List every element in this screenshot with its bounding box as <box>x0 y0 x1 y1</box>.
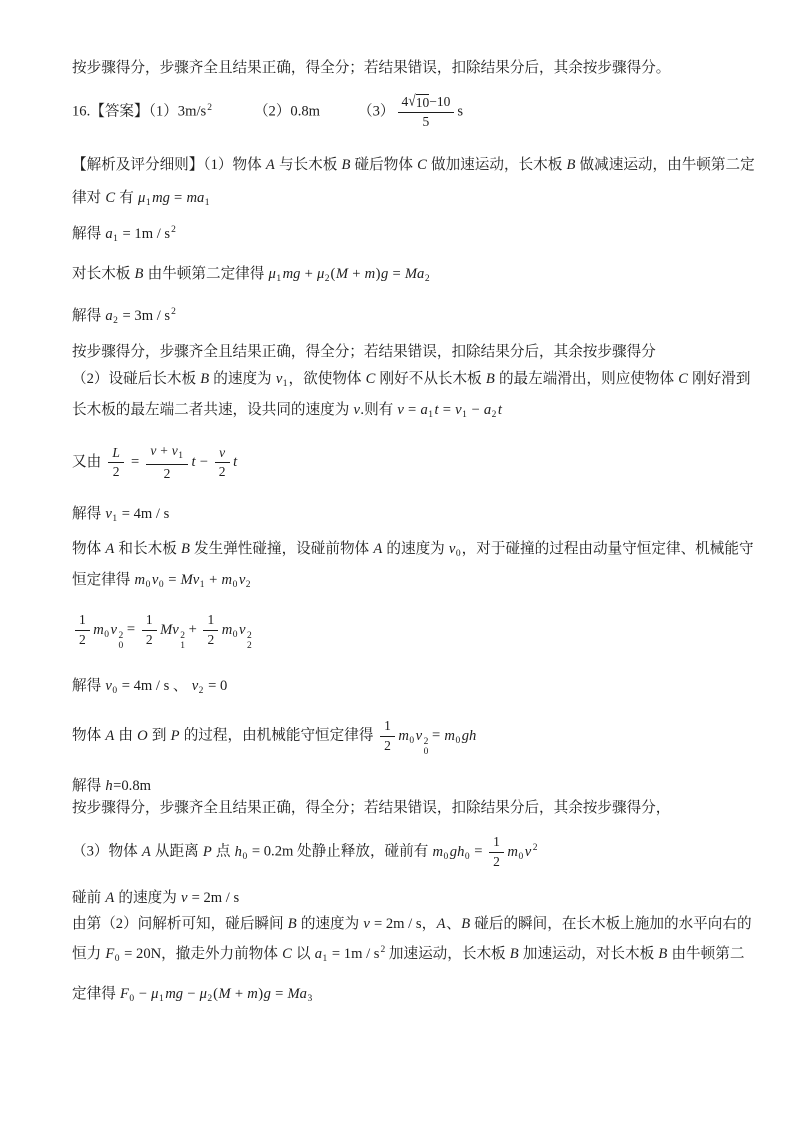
text-run: 刚好不从长木板 <box>376 371 485 387</box>
fraction: 4√10−105 <box>398 94 455 131</box>
text-run: 按步骤得分，步骤齐全且结果正确，得全分；若结果错误，扣除结果分后，其余按步骤得分… <box>72 800 670 816</box>
text-run: = <box>471 844 487 860</box>
collision-text-line: 物体 A 和长木板 B 发生弹性碰撞，设碰前物体 A 的速度为 v0，对于碰撞的… <box>72 539 754 562</box>
math-variable: a <box>105 308 113 324</box>
text-run: −10 <box>429 94 450 109</box>
text-run: + <box>301 266 317 282</box>
text-run: = 0.2m 处静止释放，碰前有 <box>248 844 432 860</box>
math-variable: C <box>365 371 376 387</box>
math-variable: M <box>335 266 348 282</box>
math-variable: v <box>219 445 226 460</box>
text-run: 解得 <box>72 308 105 324</box>
math-variable: A <box>265 157 275 173</box>
text-run: 的过程，由机械能守恒定律得 <box>180 728 377 744</box>
subscript: 1 <box>178 451 184 461</box>
math-variable: B <box>200 371 210 387</box>
text-run: ) <box>376 266 381 282</box>
math-variable: B <box>658 946 668 962</box>
text-run: 解得 <box>72 678 105 694</box>
text-run: 按步骤得分，步骤齐全且结果正确，得全分；若结果错误，扣除结果分后，其余按步骤得分… <box>72 60 670 76</box>
text-run: + <box>349 266 365 282</box>
text-run: 2 <box>384 738 391 753</box>
text-run: = <box>428 728 444 744</box>
math-variable: h <box>105 778 113 794</box>
text-run: 长木板的最左端二者共速，设共同的速度为 <box>72 402 353 418</box>
answer-summary-line: 16.【答案】（1）3m/s2（2）0.8m（3）4√10−105s <box>72 94 463 131</box>
math-variable: m <box>221 622 233 638</box>
text-run: 1 <box>207 612 214 627</box>
subscript: 2 <box>247 642 252 652</box>
text-run: = 2m / s <box>188 890 239 906</box>
text-run: 的速度为 <box>115 890 181 906</box>
text-run: 1 <box>79 612 86 627</box>
numerator: 1 <box>489 834 504 853</box>
math-variable: v <box>110 622 117 638</box>
text-run: （3） <box>358 104 395 120</box>
text-run: s <box>457 104 463 120</box>
math-variable: gh <box>461 728 477 744</box>
text-run: = <box>271 986 287 1002</box>
part3-text-line: 由第（2）问解析可知，碰后瞬间 B 的速度为 v = 2m / s，A、B 碰后… <box>72 914 752 935</box>
subscript: 3 <box>307 994 313 1004</box>
text-run: 由 <box>115 728 137 744</box>
text-run: 按步骤得分，步骤齐全且结果正确，得全分；若结果错误，扣除结果分后，其余按步骤得分 <box>72 344 656 360</box>
part2-text-line: （2）设碰后长木板 B 的速度为 v1，欲使物体 C 刚好不从长木板 B 的最左… <box>72 369 751 392</box>
grading-note-line: 按步骤得分，步骤齐全且结果正确，得全分；若结果错误，扣除结果分后，其余按步骤得分… <box>72 58 670 79</box>
numerator: 1 <box>380 718 395 737</box>
subscript: 0 <box>233 630 239 640</box>
text-run: − <box>135 986 151 1002</box>
text-run: （2）0.8m <box>254 104 320 120</box>
subscript: 0 <box>119 642 124 652</box>
text-run: （3）物体 <box>72 844 141 860</box>
radicand: 10 <box>416 94 430 111</box>
text-run: 16.【答案】（1）3m/s <box>72 104 206 120</box>
text-run: 定律得 <box>72 986 119 1002</box>
math-variable: ma <box>186 190 205 206</box>
text-run: + <box>185 622 201 638</box>
text-run: 做加速运动，长木板 <box>427 157 566 173</box>
text-run: 的速度为 <box>383 541 449 557</box>
math-variable: C <box>678 371 689 387</box>
numerator: 4√10−10 <box>398 94 455 113</box>
denominator: 2 <box>75 631 90 649</box>
subscript: 2 <box>246 580 252 590</box>
text-run: 点 <box>212 844 234 860</box>
text-run: 恒力 <box>72 946 105 962</box>
math-variable: A <box>141 844 151 860</box>
text-run: 、 <box>446 916 461 932</box>
math-variable: M <box>218 986 231 1002</box>
energy-equation-line: 12m0v20 = 12Mv21 + 12m0v22 <box>72 612 252 652</box>
text-run: = 3m / s <box>119 308 170 324</box>
text-run: ，欲使物体 <box>289 371 366 387</box>
text-run: 由第（2）问解析可知，碰后瞬间 <box>72 916 287 932</box>
text-run: ，对于碰撞的过程由动量守恒定律、机械能守 <box>462 541 754 557</box>
part3-text-line: （3）物体 A 从距离 P 点 h0 = 0.2m 处静止释放，碰前有 m0gh… <box>72 834 537 871</box>
pre-collision-speed-line: 碰前 A 的速度为 v = 2m / s <box>72 888 239 909</box>
subscript: 1 <box>205 198 211 208</box>
math-variable: mg <box>152 190 171 206</box>
text-run: .则有 <box>360 402 397 418</box>
subscript: 1 <box>159 994 165 1004</box>
text-run: =0.8m <box>113 778 151 794</box>
math-variable: F <box>119 986 129 1002</box>
text-run: 2 <box>79 632 86 647</box>
radical-sign-icon: √ <box>408 91 415 110</box>
math-variable: v <box>448 541 455 557</box>
text-run: 解得 <box>72 226 105 242</box>
solution-a2-line: 解得 a2 = 3m / s2 <box>72 306 176 329</box>
text-run: 碰后物体 <box>351 157 417 173</box>
fraction: 12 <box>75 612 90 649</box>
fraction: v + v12 <box>146 443 188 483</box>
math-variable: t <box>233 454 238 470</box>
text-run: 2 <box>113 464 120 479</box>
math-variable: B <box>485 371 495 387</box>
text-run: = 2m / s， <box>370 916 436 932</box>
grading-note-line: 按步骤得分，步骤齐全且结果正确，得全分；若结果错误，扣除结果分后，其余按步骤得分… <box>72 798 670 819</box>
momentum-equation-line: 恒定律得 m0v0 = Mv1 + m0v2 <box>72 570 252 593</box>
equation-line: 律对 C 有 μ1mg = ma1 <box>72 188 211 211</box>
text-run: = 20N，撤走外力前物体 <box>121 946 282 962</box>
text-run: 物体 <box>72 541 105 557</box>
math-variable: mg <box>282 266 301 282</box>
text-run: 又由 <box>72 454 105 470</box>
math-variable: O <box>137 728 149 744</box>
mech-energy-line: 物体 A 由 O 到 P 的过程，由机械能守恒定律得 12m0v20 = m0g… <box>72 718 477 758</box>
math-variable: A <box>105 728 115 744</box>
text-run: = 1m / s <box>119 226 170 242</box>
text-run: = <box>165 572 181 588</box>
text-run: 碰后的瞬间，在长木板上施加的水平向右的 <box>471 916 752 932</box>
text-run: 【解析及评分细则】（1）物体 <box>72 157 265 173</box>
fraction: 12 <box>489 834 504 871</box>
subscript: 2 <box>425 274 431 284</box>
math-variable: v <box>180 890 187 906</box>
math-variable: a <box>483 402 491 418</box>
subscript: 1 <box>146 198 152 208</box>
math-variable: gh <box>449 844 465 860</box>
text-run: 由牛顿第二定律得 <box>144 266 268 282</box>
math-variable: m <box>134 572 146 588</box>
math-variable: B <box>509 946 519 962</box>
math-variable: B <box>287 916 297 932</box>
text-run: 2 <box>146 632 153 647</box>
denominator: 2 <box>146 465 188 483</box>
math-variable: B <box>341 157 351 173</box>
numerator: L <box>108 445 125 464</box>
fraction: 12 <box>380 718 395 755</box>
text-run: 解得 <box>72 778 105 794</box>
text-run: 2 <box>493 854 500 869</box>
text-run: + <box>157 443 171 458</box>
denominator: 2 <box>215 463 230 481</box>
math-variable: C <box>282 946 293 962</box>
math-variable: m <box>444 728 456 744</box>
fraction: v2 <box>215 445 230 482</box>
math-variable: B <box>566 157 576 173</box>
math-variable: Mv <box>160 622 180 638</box>
text-run: 以 <box>292 946 314 962</box>
text-run: 2 <box>164 466 171 481</box>
math-variable: m <box>432 844 444 860</box>
math-variable: Ma <box>404 266 424 282</box>
math-variable: C <box>417 157 428 173</box>
math-variable: P <box>202 844 212 860</box>
subscript: 1 <box>180 642 185 652</box>
equation-fraction-line: 又由 L2 = v + v12t − v2t <box>72 443 238 483</box>
fraction: L2 <box>108 445 125 482</box>
text-run: 做减速运动，由牛顿第二定 <box>576 157 755 173</box>
sub-superscript: 22 <box>247 632 252 652</box>
math-variable: B <box>180 541 190 557</box>
text-run: − <box>468 402 484 418</box>
math-variable: m <box>364 266 376 282</box>
denominator: 2 <box>108 463 125 481</box>
numerator: v <box>215 445 230 464</box>
math-variable: A <box>436 916 446 932</box>
text-run: 1 <box>493 834 500 849</box>
text-run: 的最左端滑出，则应使物体 <box>495 371 677 387</box>
solution-v0-line: 解得 v0 = 4m / s 、 v2 = 0 <box>72 676 227 699</box>
text-run: 发生弹性碰撞，设碰前物体 <box>190 541 372 557</box>
superscript: 2 <box>170 307 176 317</box>
math-variable: C <box>105 190 116 206</box>
math-variable: L <box>112 445 121 460</box>
math-variable: P <box>170 728 180 744</box>
math-variable: A <box>105 890 115 906</box>
denominator: 2 <box>142 631 157 649</box>
part3-text-line: 恒力 F0 = 20N，撤走外力前物体 C 以 a1 = 1m / s2 加速运… <box>72 944 744 967</box>
text-run: 2 <box>207 632 214 647</box>
text-run: 碰前 <box>72 890 105 906</box>
text-run: = <box>170 190 186 206</box>
solution-h-line: 解得 h=0.8m <box>72 776 151 797</box>
math-variable: v <box>524 844 531 860</box>
grading-note-line: 按步骤得分，步骤齐全且结果正确，得全分；若结果错误，扣除结果分后，其余按步骤得分 <box>72 342 656 363</box>
numerator: 1 <box>142 612 157 631</box>
solution-a1-line: 解得 a1 = 1m / s2 <box>72 224 176 247</box>
math-variable: v <box>455 402 462 418</box>
text-run: 1 <box>384 718 391 733</box>
math-variable: m <box>221 572 233 588</box>
text-run: 5 <box>423 114 430 129</box>
text-run: + <box>231 986 247 1002</box>
superscript: 2 <box>170 225 176 235</box>
text-run: 恒定律得 <box>72 572 134 588</box>
text-run: + <box>205 572 221 588</box>
text-run: 到 <box>148 728 170 744</box>
math-variable: g <box>381 266 389 282</box>
denominator: 2 <box>203 631 218 649</box>
document-page: 按步骤得分，步骤齐全且结果正确，得全分；若结果错误，扣除结果分后，其余按步骤得分… <box>0 0 800 1131</box>
math-variable: m <box>247 986 259 1002</box>
text-run: = <box>439 402 455 418</box>
text-run: 刚好滑到 <box>688 371 750 387</box>
solution-v1-line: 解得 v1 = 4m / s <box>72 504 169 527</box>
text-run: 从距离 <box>151 844 202 860</box>
math-variable: A <box>105 541 115 557</box>
text-run: = <box>404 402 420 418</box>
math-variable: a <box>105 226 113 242</box>
denominator: 2 <box>380 737 395 755</box>
text-run: = <box>389 266 405 282</box>
text-run: 律对 <box>72 190 105 206</box>
text-run: 的速度为 <box>210 371 276 387</box>
numerator: 1 <box>203 612 218 631</box>
text-run: 的速度为 <box>297 916 363 932</box>
text-run: − <box>196 454 212 470</box>
math-variable: v <box>151 572 158 588</box>
math-variable: F <box>105 946 115 962</box>
math-variable: μ <box>151 986 159 1002</box>
math-variable: a <box>420 402 428 418</box>
text-run: = 4m / s 、 <box>118 678 191 694</box>
text-run: 解得 <box>72 506 105 522</box>
math-variable: m <box>398 728 410 744</box>
text-run: 2 <box>219 464 226 479</box>
fraction: 12 <box>142 612 157 649</box>
text-run: 加速运动，对长木板 <box>519 946 658 962</box>
text-run: 加速运动，长木板 <box>385 946 509 962</box>
text-run: = 4m / s <box>118 506 169 522</box>
math-variable: v <box>275 371 282 387</box>
math-variable: mg <box>165 986 184 1002</box>
text-run: = 1m / s <box>328 946 379 962</box>
text-run: = 0 <box>204 678 227 694</box>
equation-line: 对长木板 B 由牛顿第二定律得 μ1mg + μ2(M + m)g = Ma2 <box>72 264 431 287</box>
numerator: v + v1 <box>146 443 188 465</box>
final-equation-line: 定律得 F0 − μ1mg − μ2(M + m)g = Ma3 <box>72 984 313 1007</box>
text-run: 4 <box>402 94 409 109</box>
denominator: 5 <box>398 113 455 131</box>
math-variable: B <box>134 266 144 282</box>
subscript: 0 <box>424 748 429 758</box>
text-run: 1 <box>146 612 153 627</box>
analysis-intro-line: 【解析及评分细则】（1）物体 A 与长木板 B 碰后物体 C 做加速运动，长木板… <box>72 155 755 176</box>
superscript: 2 <box>532 843 538 853</box>
denominator: 2 <box>489 853 504 871</box>
text-run: 和长木板 <box>115 541 181 557</box>
math-variable: m <box>507 844 519 860</box>
math-variable: m <box>93 622 105 638</box>
math-variable: Ma <box>287 986 307 1002</box>
radical: √10 <box>408 94 429 111</box>
text-run: 有 <box>116 190 138 206</box>
numerator: 1 <box>75 612 90 631</box>
text-run: = <box>123 622 139 638</box>
math-variable: a <box>314 946 322 962</box>
fraction: 12 <box>203 612 218 649</box>
math-variable: v <box>415 728 422 744</box>
text-run: 与长木板 <box>275 157 341 173</box>
math-variable: v <box>239 622 246 638</box>
math-variable: μ <box>137 190 145 206</box>
math-variable: v <box>150 443 157 458</box>
text-run: = <box>127 454 143 470</box>
text-run: 对长木板 <box>72 266 134 282</box>
math-variable: Mv <box>180 572 200 588</box>
math-variable: v <box>238 572 245 588</box>
superscript: 2 <box>206 103 212 113</box>
text-run: 10 <box>416 95 430 110</box>
math-variable: t <box>497 402 502 418</box>
math-variable: v <box>191 678 198 694</box>
math-variable: A <box>373 541 383 557</box>
text-run: 物体 <box>72 728 105 744</box>
text-run: − <box>184 986 200 1002</box>
text-run: （2）设碰后长木板 <box>72 371 200 387</box>
math-variable: B <box>461 916 471 932</box>
part2-text-line: 长木板的最左端二者共速，设共同的速度为 v.则有 v = a1t = v1 − … <box>72 400 502 423</box>
math-variable: μ <box>316 266 324 282</box>
text-run: 由牛顿第二 <box>668 946 745 962</box>
